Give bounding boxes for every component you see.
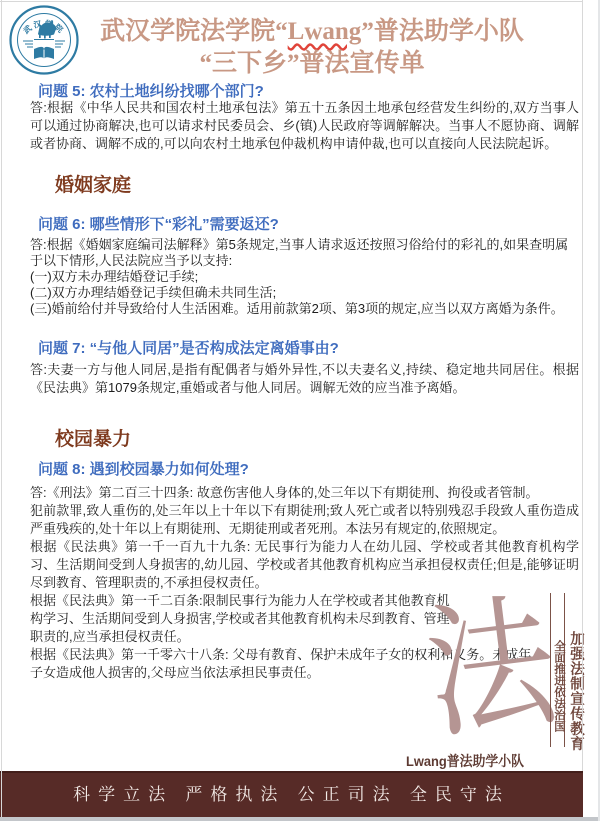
vertical-slogan-inner: 全面推进依法治国 [551,640,567,732]
answer-8-paragraph: 根据《民法典》第一千一百九十九条: 无民事行为能力人在幼儿园、学校或者其他教育机… [30,538,579,592]
vertical-slogan-outer: 加强法制宣传教育 [566,631,587,751]
question-6-heading: 问题 6: 哪些情形下“彩礼”需要返还? [38,213,279,234]
list-item: (二)双方办理结婚登记手续但确未共同生活; [30,285,579,301]
seal-lines [23,40,65,48]
answer-6-intro: 答:根据《婚姻家庭编司法解释》第5条规定,当事人请求返还按照习俗给付的彩礼的,如… [30,237,579,269]
title-line-1: 武汉学院法学院“Lwang”普法助学小队 [62,16,562,48]
page-border-right [582,0,583,771]
question-8-heading: 问题 8: 遇到校园暴力如何处理? [38,458,249,479]
page-border-top [0,1,583,2]
answer-7: 答:夫妻一方与他人同居,是指有配偶者与婚外异性,不以夫妻名义,持续、稳定地共同居… [30,361,579,397]
page-border-left [1,0,2,817]
list-item: (三)婚前给付并导致给付人生活困难。适用前款第2项、第3项的规定,应当以双方离婚… [30,301,579,317]
answer-6: 答:根据《婚姻家庭编司法解释》第5条规定,当事人请求返还按照习俗给付的彩礼的,如… [30,237,579,317]
question-5-heading: 问题 5: 农村土地纠纷找哪个部门? [38,80,264,101]
flyer-page: 武汉学院 武汉学院法学院“Lwang [0,0,600,817]
page-title: 武汉学院法学院“Lwang”普法助学小队 “三下乡”普法宣传单 [62,16,562,80]
title-prefix: 武汉学院法学院“ [100,18,288,45]
footer-slogan-bar: 科学立法 严格执法 公正司法 全民守法 [0,771,583,817]
answer-8-paragraph: 根据《民法典》第一千零六十八条: 父母有教育、保护未成年子女的权利和义务。未成年… [30,646,535,682]
title-english-word: Lwang [288,18,362,45]
question-7-heading: 问题 7: “与他人同居”是否构成法定离婚事由? [38,337,339,358]
list-item: (一)双方未办理结婚登记手续; [30,269,579,285]
answer-5: 答:根据《中华人民共和国农村土地承包法》第五十五条因土地承包经营发生纠纷的,双方… [30,99,579,153]
answer-8-paragraph: 答:《刑法》第二百三十四条: 故意伤害他人身体的,处三年以下有期徒刑、拘役或者管… [30,484,579,502]
section-heading-school-violence: 校园暴力 [55,424,131,451]
section-heading-marriage: 婚姻家庭 [55,170,131,197]
title-line-2: “三下乡”普法宣传单 [62,48,562,80]
title-suffix: ”普法助学小队 [361,18,524,45]
answer-8-paragraph: 根据《民法典》第一千二百条:限制民事行为能力人在学校或者其他教育机构学习、生活期… [30,592,450,646]
answer-8-paragraph: 犯前款罪,致人重伤的,处三年以上十年以下有期徒刑;致人死亡或者以特别残忍手段致人… [30,502,579,538]
answer-8: 答:《刑法》第二百三十四条: 故意伤害他人身体的,处三年以下有期徒刑、拘役或者管… [30,484,579,682]
seal-book-icon [34,47,54,60]
team-brand-label: Lwang普法助学小队 [406,751,524,771]
